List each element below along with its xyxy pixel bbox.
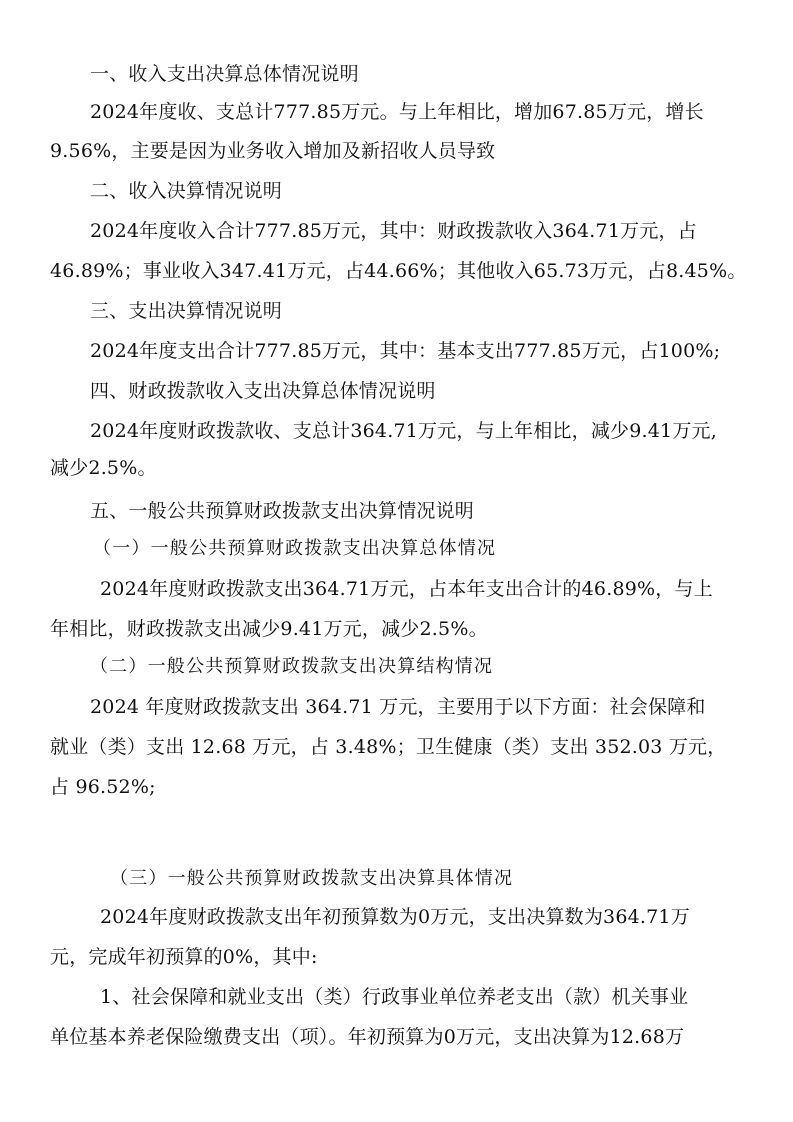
paragraph-line: 2024年度财政拨款收、支总计364.71万元，与上年相比，减少9.41万元, bbox=[90, 419, 717, 443]
subsection-heading-1: （一）一般公共预算财政拨款支出决算总体情况 bbox=[93, 537, 496, 561]
paragraph-line: 就业（类）支出 12.68 万元，占 3.48%；卫生健康（类）支出 352.0… bbox=[50, 735, 726, 759]
paragraph-line: 减少2.5%。 bbox=[50, 456, 157, 480]
section-heading-4: 四、财政拨款收入支出决算总体情况说明 bbox=[90, 379, 436, 403]
paragraph-line: 2024年度财政拨款支出年初预算数为0万元，支出决算数为364.71万 bbox=[100, 905, 690, 929]
paragraph-line: 2024年度财政拨款支出364.71万元，占本年支出合计的46.89%，与上 bbox=[100, 577, 713, 601]
paragraph-line: 2024年度收、支总计777.85万元。与上年相比，增加67.85万元，增长 bbox=[90, 100, 704, 124]
paragraph-line: 2024年度收入合计777.85万元，其中：财政拨款收入364.71万元，占 bbox=[90, 219, 697, 243]
section-heading-3: 三、支出决算情况说明 bbox=[90, 299, 282, 323]
paragraph-line: 年相比，财政拨款支出减少9.41万元，减少2.5%。 bbox=[50, 617, 488, 641]
subsection-heading-2: （二）一般公共预算财政拨款支出决算结构情况 bbox=[90, 655, 493, 679]
section-heading-5: 五、一般公共预算财政拨款支出决算情况说明 bbox=[90, 499, 474, 523]
paragraph-line: 元，完成年初预算的0%，其中: bbox=[50, 945, 318, 969]
paragraph-line: 2024 年度财政拨款支出 364.71 万元，主要用于以下方面：社会保障和 bbox=[90, 695, 706, 719]
paragraph-line: 2024年度支出合计777.85万元，其中：基本支出777.85万元，占100%… bbox=[90, 339, 720, 363]
paragraph-line: 1、社会保障和就业支出（类）行政事业单位养老支出（款）机关事业 bbox=[100, 985, 688, 1009]
paragraph-line: 9.56%，主要是因为业务收入增加及新招收人员导致 bbox=[50, 139, 495, 163]
paragraph-line: 单位基本养老保险缴费支出（项）。年初预算为0万元，支出决算为12.68万 bbox=[50, 1025, 684, 1049]
subsection-heading-3: （三）一般公共预算财政拨款支出决算具体情况 bbox=[110, 867, 513, 891]
section-heading-2: 二、收入决算情况说明 bbox=[90, 179, 282, 203]
section-heading-1: 一、收入支出决算总体情况说明 bbox=[90, 62, 359, 86]
paragraph-line: 占 96.52%; bbox=[50, 775, 156, 799]
paragraph-line: 46.89%；事业收入347.41万元，占44.66%；其他收入65.73万元，… bbox=[50, 259, 747, 283]
